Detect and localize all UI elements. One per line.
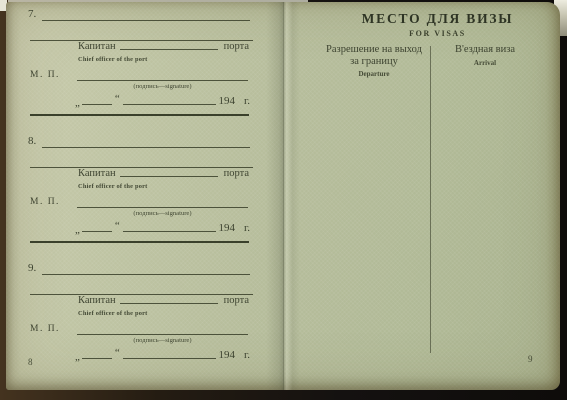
seal-label: М. П. (30, 197, 60, 207)
year-suffix: г. (244, 222, 250, 234)
porta-label: порта (224, 41, 249, 52)
section-number: 9. (28, 262, 36, 274)
month-blank-line (123, 357, 217, 359)
porta-label: порта (224, 168, 249, 179)
entry-blank-line (42, 135, 250, 148)
captain-label: Капитан (78, 168, 116, 179)
open-quote: „ (75, 353, 80, 361)
right-page: МЕСТО ДЛЯ ВИЗЫ FOR VISAS Разрешение на в… (283, 2, 560, 390)
left-page: 7. Капитан порта Chief officer of the po… (6, 2, 283, 390)
section-divider-rule (30, 114, 249, 116)
month-blank-line (123, 230, 217, 232)
date-row: „ “ 194 г. (75, 92, 250, 107)
year-prefix: 194 (218, 95, 235, 107)
year-suffix: г. (244, 95, 250, 107)
section-number: 8. (28, 135, 36, 147)
open-quote: „ (75, 99, 80, 107)
right-page-number: 9 (528, 354, 533, 364)
captain-blank-line (120, 175, 218, 177)
captain-label: Капитан (78, 41, 116, 52)
entry-blank-line (42, 8, 250, 21)
entry-section-7: 7. Капитан порта Chief officer of the po… (6, 4, 283, 131)
signature-sublabel: (подпись—signature) (77, 83, 248, 90)
visa-page-subtitle: FOR VISAS (299, 29, 560, 38)
captain-label: Капитан (78, 295, 116, 306)
photo-background: 7. Капитан порта Chief officer of the po… (0, 0, 567, 400)
seal-label: М. П. (30, 324, 60, 334)
captain-sublabel: Chief officer of the port (78, 183, 147, 190)
entry-blank-line (42, 262, 250, 275)
month-blank-line (123, 103, 217, 105)
signature-sublabel: (подпись—signature) (77, 210, 248, 217)
arrival-sublabel: Arrival (425, 59, 545, 67)
date-row: „ “ 194 г. (75, 346, 250, 361)
day-blank-line (82, 357, 112, 359)
seal-label: М. П. (30, 70, 60, 80)
entry-blank-line (30, 155, 253, 168)
date-row: „ “ 194 г. (75, 219, 250, 234)
section-divider-rule (30, 241, 249, 243)
captain-row: Капитан порта (78, 41, 249, 52)
signature-line (77, 195, 248, 208)
year-prefix: 194 (218, 349, 235, 361)
entry-blank-line (30, 28, 253, 41)
signature-line (77, 68, 248, 81)
passport-booklet: 7. Капитан порта Chief officer of the po… (6, 2, 560, 390)
section-number: 7. (28, 8, 36, 20)
booklet-spine-crease (283, 2, 284, 390)
captain-row: Капитан порта (78, 168, 249, 179)
left-page-number: 8 (28, 357, 33, 367)
captain-blank-line (120, 302, 218, 304)
open-quote: „ (75, 226, 80, 234)
close-quote: “ (115, 222, 120, 230)
captain-sublabel: Chief officer of the port (78, 310, 147, 317)
year-prefix: 194 (218, 222, 235, 234)
arrival-line1: В'ездная виза (425, 44, 545, 56)
captain-blank-line (120, 48, 218, 50)
year-suffix: г. (244, 349, 250, 361)
signature-line (77, 322, 248, 335)
entry-section-9: 9. Капитан порта Chief officer of the po… (6, 258, 283, 385)
visa-column-divider (430, 46, 431, 353)
captain-sublabel: Chief officer of the port (78, 56, 147, 63)
entry-blank-line (30, 282, 253, 295)
day-blank-line (82, 230, 112, 232)
visa-page-title: МЕСТО ДЛЯ ВИЗЫ (299, 11, 560, 27)
captain-row: Капитан порта (78, 295, 249, 306)
close-quote: “ (115, 349, 120, 357)
close-quote: “ (115, 95, 120, 103)
arrival-column-header: В'ездная виза Arrival (425, 44, 545, 67)
departure-sublabel: Departure (301, 70, 447, 78)
entry-section-8: 8. Капитан порта Chief officer of the po… (6, 131, 283, 258)
day-blank-line (82, 103, 112, 105)
signature-sublabel: (подпись—signature) (77, 337, 248, 344)
porta-label: порта (224, 295, 249, 306)
